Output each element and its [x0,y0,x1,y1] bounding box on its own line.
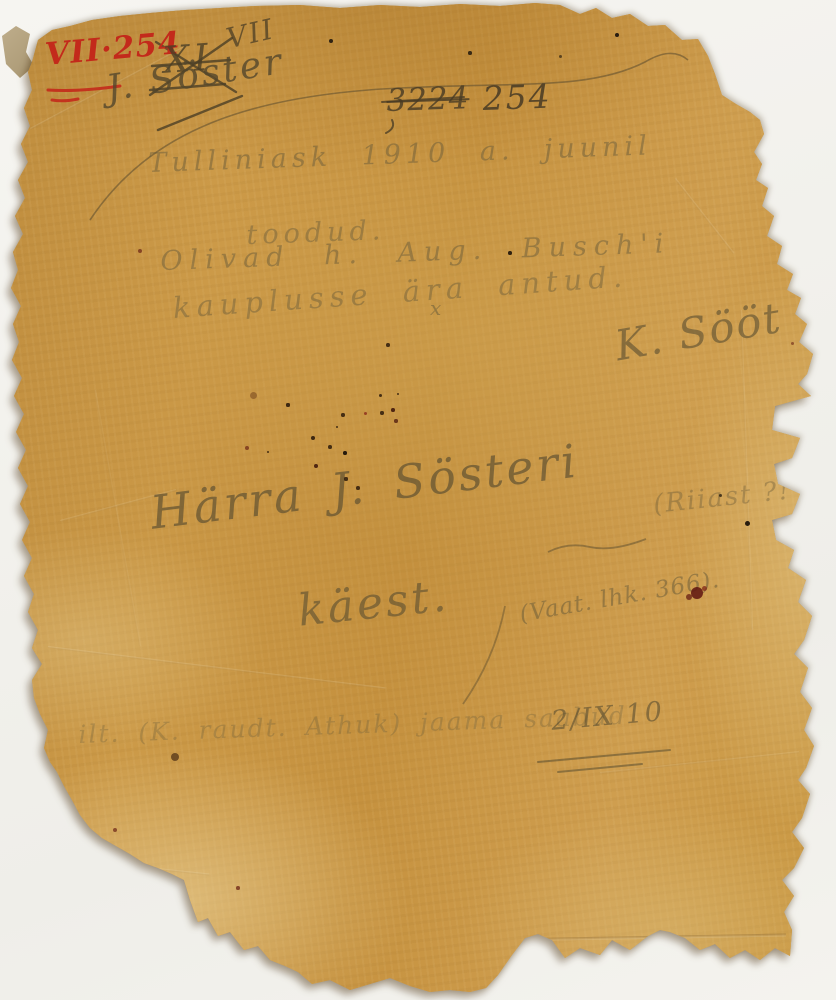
ink-stain [341,413,344,416]
ink-stain [250,392,257,399]
ink-stain [379,394,382,397]
ink-stain [380,411,383,414]
ink-stain [267,451,269,453]
ink-stain [314,464,319,469]
ink-stain [328,445,332,449]
ink-stain [60,13,66,19]
ink-stain [391,408,395,412]
scanner-background: VII·254 XI VII J. Söster 3224 254 Tullin… [0,0,836,1000]
ink-stain [686,594,692,600]
ink-stain [329,39,333,43]
paper-surface: VII·254 XI VII J. Söster 3224 254 Tullin… [0,0,836,1000]
ink-stain [138,249,142,253]
ink-stain [113,828,117,832]
ink-stain [286,403,289,406]
ink-stain [73,11,78,16]
ink-stain [171,753,179,761]
ink-stain [394,419,397,422]
ink-stain [559,55,562,58]
ink-stain [311,436,315,440]
ink-stain [719,494,722,497]
ink-stain [397,393,399,395]
ink-stain [745,521,750,526]
ink-stain [386,343,390,347]
ink-stain [508,251,512,255]
ink-stain [468,51,472,55]
ink-stain [702,586,707,591]
ink-stain [791,342,794,345]
paper-sheet: VII·254 XI VII J. Söster 3224 254 Tullin… [0,0,836,1000]
ink-stains [0,0,836,1000]
ink-stain [344,477,347,480]
ink-stain [343,451,347,455]
ink-stain [615,33,619,37]
ink-stain [245,446,249,450]
ink-stain [356,486,360,490]
ink-stain [364,412,367,415]
ink-stain [811,584,814,587]
ink-stain [236,886,240,890]
ink-stain [336,426,339,429]
